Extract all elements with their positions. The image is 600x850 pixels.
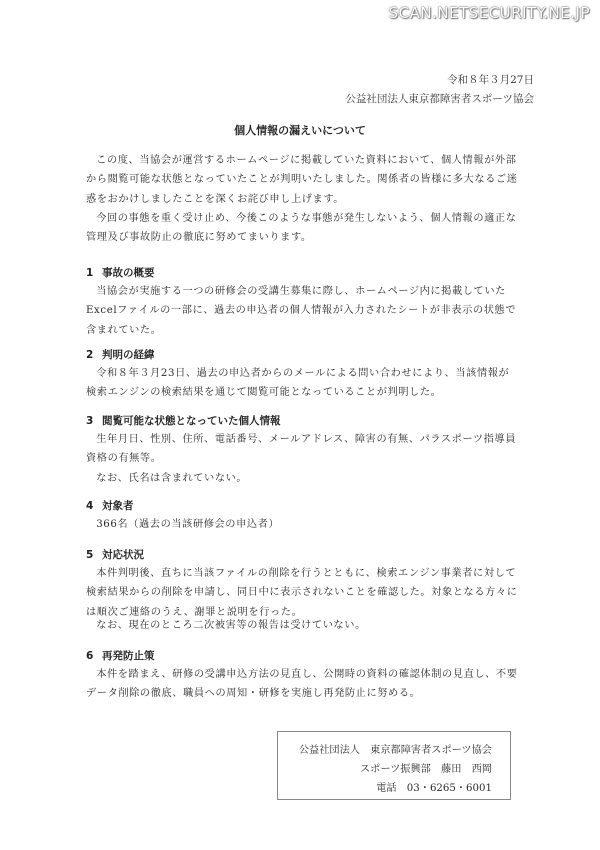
document-date: 令和８年３月27日 — [447, 70, 534, 90]
contact-organization: 公益社団法人 東京都障害者スポーツ協会 — [299, 741, 492, 756]
section-paragraph: 本件を踏まえ、研修の受講申込方法の見直し、公開時の資料の確認体制の見直し、不要デ… — [86, 665, 518, 704]
section-number: 2 — [86, 349, 102, 361]
section-paragraph: 本件判明後、直ちに当該ファイルの削除を行うとともに、検索エンジン事業者に対して検… — [86, 564, 518, 622]
intro-paragraph: この度、当協会が運営するホームページに掲載していた資料において、個人情報が外部か… — [86, 151, 518, 209]
issuing-organization: 公益社団法人東京都障害者スポーツ協会 — [345, 89, 534, 109]
contact-department: スポーツ振興部 藤田 西岡 — [360, 760, 492, 775]
section-heading-4: 4対象者 — [86, 498, 134, 513]
section-heading-2: 2判明の経緯 — [86, 347, 155, 362]
intro-paragraph: 今回の事態を重く受け止め、今後このような事態が発生しないよう、個人情報の適正な管… — [86, 209, 518, 248]
section-title: 対象者 — [102, 500, 134, 512]
section-title: 再発防止策 — [102, 650, 155, 662]
section-title: 閲覧可能な状態となっていた個人情報 — [102, 415, 281, 427]
section-heading-1: 1事故の概要 — [86, 265, 155, 280]
section-paragraph: 当協会が実施する一つの研修会の受講生募集に際し、ホームページ内に掲載していたEx… — [86, 282, 518, 340]
document-page: 令和８年３月27日 公益社団法人東京都障害者スポーツ協会 個人情報の漏えいについ… — [0, 0, 600, 850]
section-paragraph: なお、氏名は含まれていない。 — [86, 469, 518, 488]
section-title: 対応状況 — [102, 549, 144, 561]
section-title: 判明の経緯 — [102, 349, 155, 361]
section-number: 5 — [86, 549, 102, 561]
section-paragraph: 生年月日、性別、住所、電話番号、メールアドレス、障害の有無、パラスポーツ指導員資… — [86, 430, 518, 469]
contact-phone: 電話 03・6265・6001 — [376, 779, 492, 794]
section-number: 4 — [86, 500, 102, 512]
document-title: 個人情報の漏えいについて — [0, 122, 600, 138]
section-number: 1 — [86, 267, 102, 279]
section-number: 3 — [86, 415, 102, 427]
section-number: 6 — [86, 650, 102, 662]
contact-box: 公益社団法人 東京都障害者スポーツ協会 スポーツ振興部 藤田 西岡 電話 03・… — [277, 731, 511, 800]
section-heading-5: 5対応状況 — [86, 547, 144, 562]
section-heading-6: 6再発防止策 — [86, 648, 155, 663]
section-paragraph: 366名（過去の当該研修会の申込者） — [86, 515, 518, 534]
section-heading-3: 3閲覧可能な状態となっていた個人情報 — [86, 413, 281, 428]
section-title: 事故の概要 — [102, 267, 155, 279]
section-paragraph: なお、現在のところ二次被害等の報告は受けていない。 — [86, 616, 518, 635]
section-paragraph: 令和８年３月23日、過去の申込者からのメールによる問い合わせにより、当該情報が検… — [86, 364, 518, 403]
